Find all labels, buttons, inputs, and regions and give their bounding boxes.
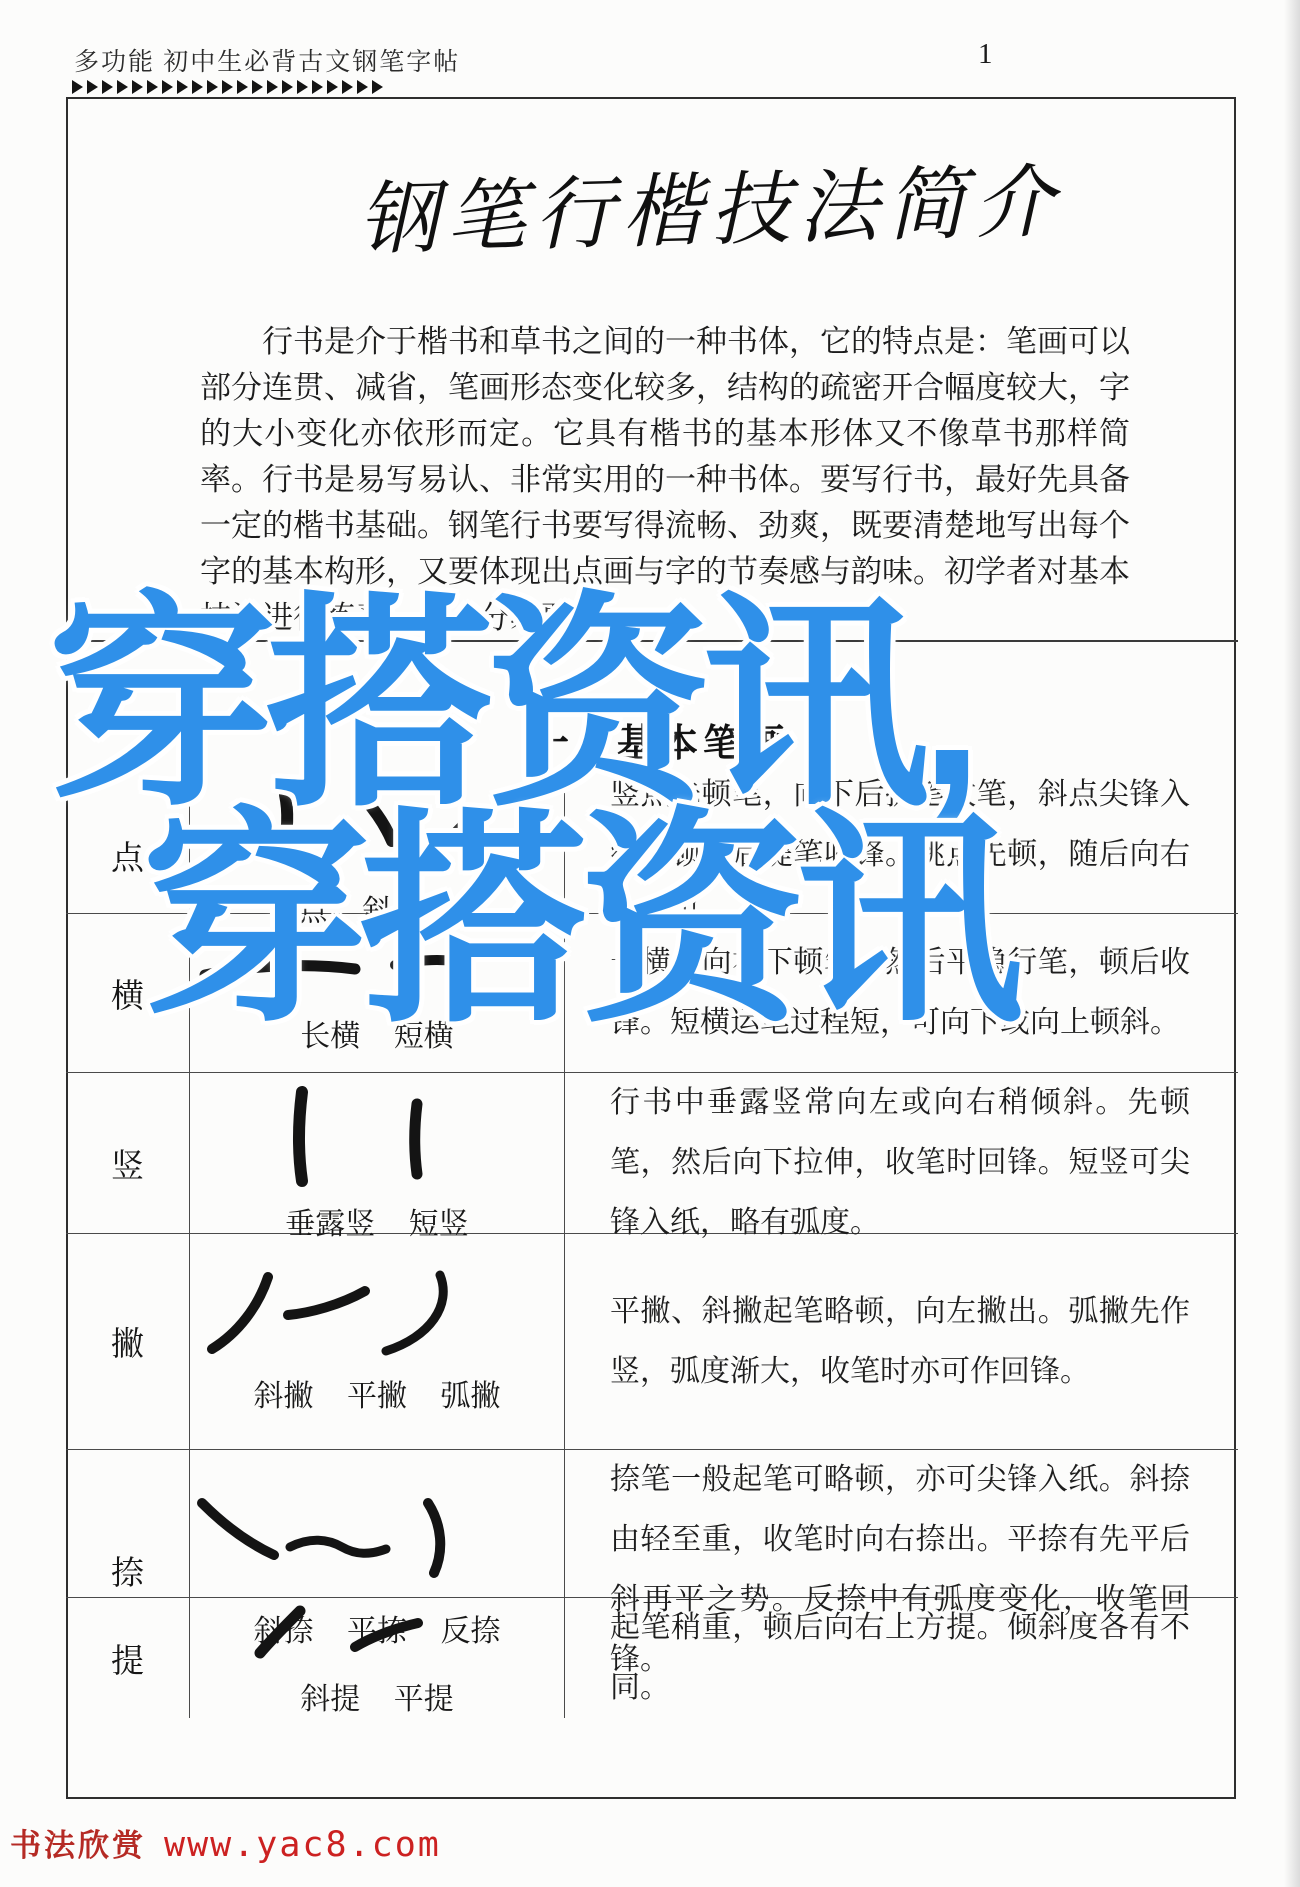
page-number: 1 bbox=[978, 38, 993, 71]
stroke-name: 撇 bbox=[66, 1234, 190, 1449]
scanned-copybook-page: 多功能 初中生必背古文钢笔字帖 1 钢笔行楷技法简介 行书是介于楷书和草书之间的… bbox=[0, 0, 1300, 1887]
stroke-description-cell: 起笔稍重，顿后向右上方提。倾斜度各有不同。 bbox=[565, 1598, 1238, 1718]
right-arrow-icon bbox=[312, 80, 323, 94]
right-arrow-icon bbox=[222, 80, 233, 94]
stroke-samples-cell: 斜提 平提 bbox=[190, 1598, 565, 1718]
stroke-samples-cell: 斜撇 平撇 弧撇 bbox=[190, 1234, 565, 1449]
rising-stroke-samples-image bbox=[190, 1599, 565, 1664]
stroke-description: 平撇、斜撇起笔略顿，向左撇出。弧撇先作竖，弧度渐大，收笔时亦可作回锋。 bbox=[610, 1282, 1190, 1402]
right-arrow-icon bbox=[342, 80, 353, 94]
page-title: 钢笔行楷技法简介 bbox=[357, 137, 1064, 270]
table-row-pie: 撇 斜撇 平撇 弧撇 平撇、斜撇起笔略顿，向左撇出。弧撇先作竖，弧度渐大，收笔时… bbox=[66, 1233, 1238, 1449]
stroke-name: 竖 bbox=[66, 1073, 190, 1253]
right-arrow-icon bbox=[177, 80, 188, 94]
table-row-shu: 竖 垂露竖 短竖 行书中垂露竖常向左或向右稍倾斜。先顿笔，然后向下拉伸，收笔时回… bbox=[66, 1072, 1238, 1233]
right-arrow-icon bbox=[207, 80, 218, 94]
left-falling-stroke-samples-image bbox=[190, 1269, 565, 1361]
right-arrow-icon bbox=[282, 80, 293, 94]
site-name: 书法欣赏 bbox=[10, 1820, 146, 1865]
arrow-divider-icons bbox=[72, 80, 383, 94]
watermark-text-line2: 穿搭资讯 bbox=[142, 808, 1014, 1036]
right-arrow-icon bbox=[117, 80, 128, 94]
right-arrow-icon bbox=[72, 80, 83, 94]
right-arrow-icon bbox=[267, 80, 278, 94]
right-arrow-icon bbox=[132, 80, 143, 94]
site-url: www.yac8.com bbox=[164, 1825, 441, 1865]
right-arrow-icon bbox=[252, 80, 263, 94]
right-arrow-icon bbox=[237, 80, 248, 94]
table-row-ti: 提 斜提 平提 起笔稍重，顿后向右上方提。倾斜度各有不同。 bbox=[66, 1597, 1238, 1718]
right-arrow-icon bbox=[162, 80, 173, 94]
right-arrow-icon bbox=[372, 80, 383, 94]
stroke-samples-cell: 垂露竖 短竖 bbox=[190, 1073, 565, 1253]
right-arrow-icon bbox=[102, 80, 113, 94]
scan-edge-shadow bbox=[1284, 0, 1300, 1887]
vertical-stroke-samples-image bbox=[190, 1084, 565, 1189]
right-arrow-icon bbox=[357, 80, 368, 94]
site-footer: 书法欣赏 www.yac8.com bbox=[10, 1820, 441, 1865]
stroke-description-cell: 行书中垂露竖常向左或向右稍倾斜。先顿笔，然后向下拉伸，收笔时回锋。短竖可尖锋入纸… bbox=[565, 1073, 1238, 1253]
stroke-sample-labels: 斜提 平提 bbox=[300, 1674, 454, 1718]
stroke-description: 起笔稍重，顿后向右上方提。倾斜度各有不同。 bbox=[610, 1598, 1190, 1718]
table-row-na: 捺 斜捺 平捺 反捺 捺笔一般起笔可略顿，亦可尖锋入纸。斜捺由轻至重，收笔时向右… bbox=[66, 1449, 1238, 1597]
right-arrow-icon bbox=[87, 80, 98, 94]
right-arrow-icon bbox=[192, 80, 203, 94]
right-arrow-icon bbox=[297, 80, 308, 94]
watermark-text-line1: 穿搭资讯, bbox=[48, 592, 973, 820]
stroke-name: 提 bbox=[66, 1598, 190, 1718]
right-falling-stroke-samples-image bbox=[190, 1491, 565, 1596]
right-arrow-icon bbox=[147, 80, 158, 94]
booklet-title: 多功能 初中生必背古文钢笔字帖 bbox=[74, 42, 460, 78]
right-arrow-icon bbox=[327, 80, 338, 94]
stroke-description-cell: 平撇、斜撇起笔略顿，向左撇出。弧撇先作竖，弧度渐大，收笔时亦可作回锋。 bbox=[565, 1234, 1238, 1449]
stroke-sample-labels: 斜撇 平撇 弧撇 bbox=[254, 1371, 501, 1415]
stroke-description: 行书中垂露竖常向左或向右稍倾斜。先顿笔，然后向下拉伸，收笔时回锋。短竖可尖锋入纸… bbox=[610, 1073, 1190, 1253]
